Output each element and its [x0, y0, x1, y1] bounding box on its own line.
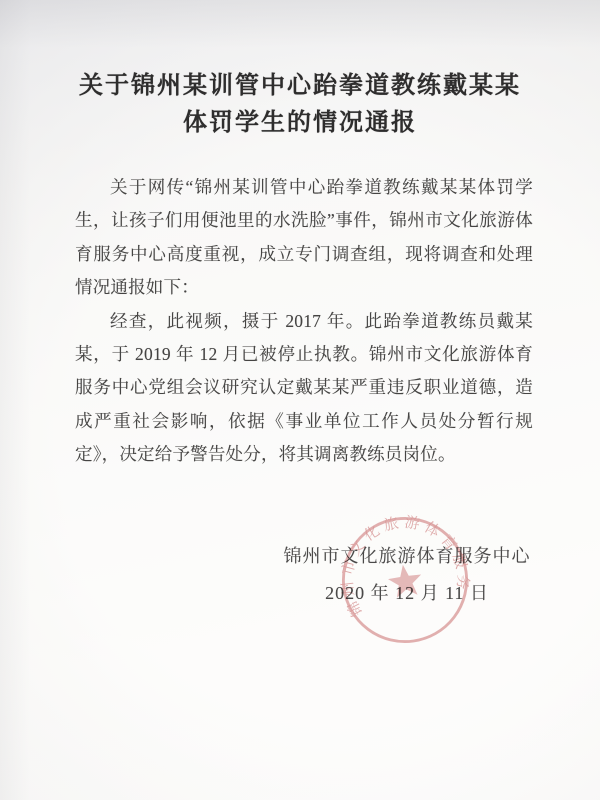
document-body: 关于网传“锦州某训管中心跆拳道教练戴某某体罚学生，让孩子们用便池里的水洗脸”事件… — [75, 171, 533, 472]
signature-org: 锦州市文化旅游体育服务中心 — [276, 538, 538, 575]
title-line-1: 关于锦州某训管中心跆拳道教练戴某某 — [0, 68, 600, 105]
document-content: 关于锦州某训管中心跆拳道教练戴某某 体罚学生的情况通报 关于网传“锦州某训管中心… — [0, 0, 600, 800]
signature-date: 2020 年 12 月 11 日 — [276, 575, 538, 612]
document-photo: 关于锦州某训管中心跆拳道教练戴某某 体罚学生的情况通报 关于网传“锦州某训管中心… — [0, 0, 600, 800]
paragraph: 经查，此视频，摄于 2017 年。此跆拳道教练员戴某某，于 2019 年 12 … — [75, 305, 533, 472]
document-title: 关于锦州某训管中心跆拳道教练戴某某 体罚学生的情况通报 — [0, 68, 600, 142]
signature-block: 锦州市文化旅游体育服务中心 2020 年 12 月 11 日 — [276, 538, 538, 612]
title-line-2: 体罚学生的情况通报 — [0, 105, 600, 142]
paragraph: 关于网传“锦州某训管中心跆拳道教练戴某某体罚学生，让孩子们用便池里的水洗脸”事件… — [75, 171, 533, 305]
